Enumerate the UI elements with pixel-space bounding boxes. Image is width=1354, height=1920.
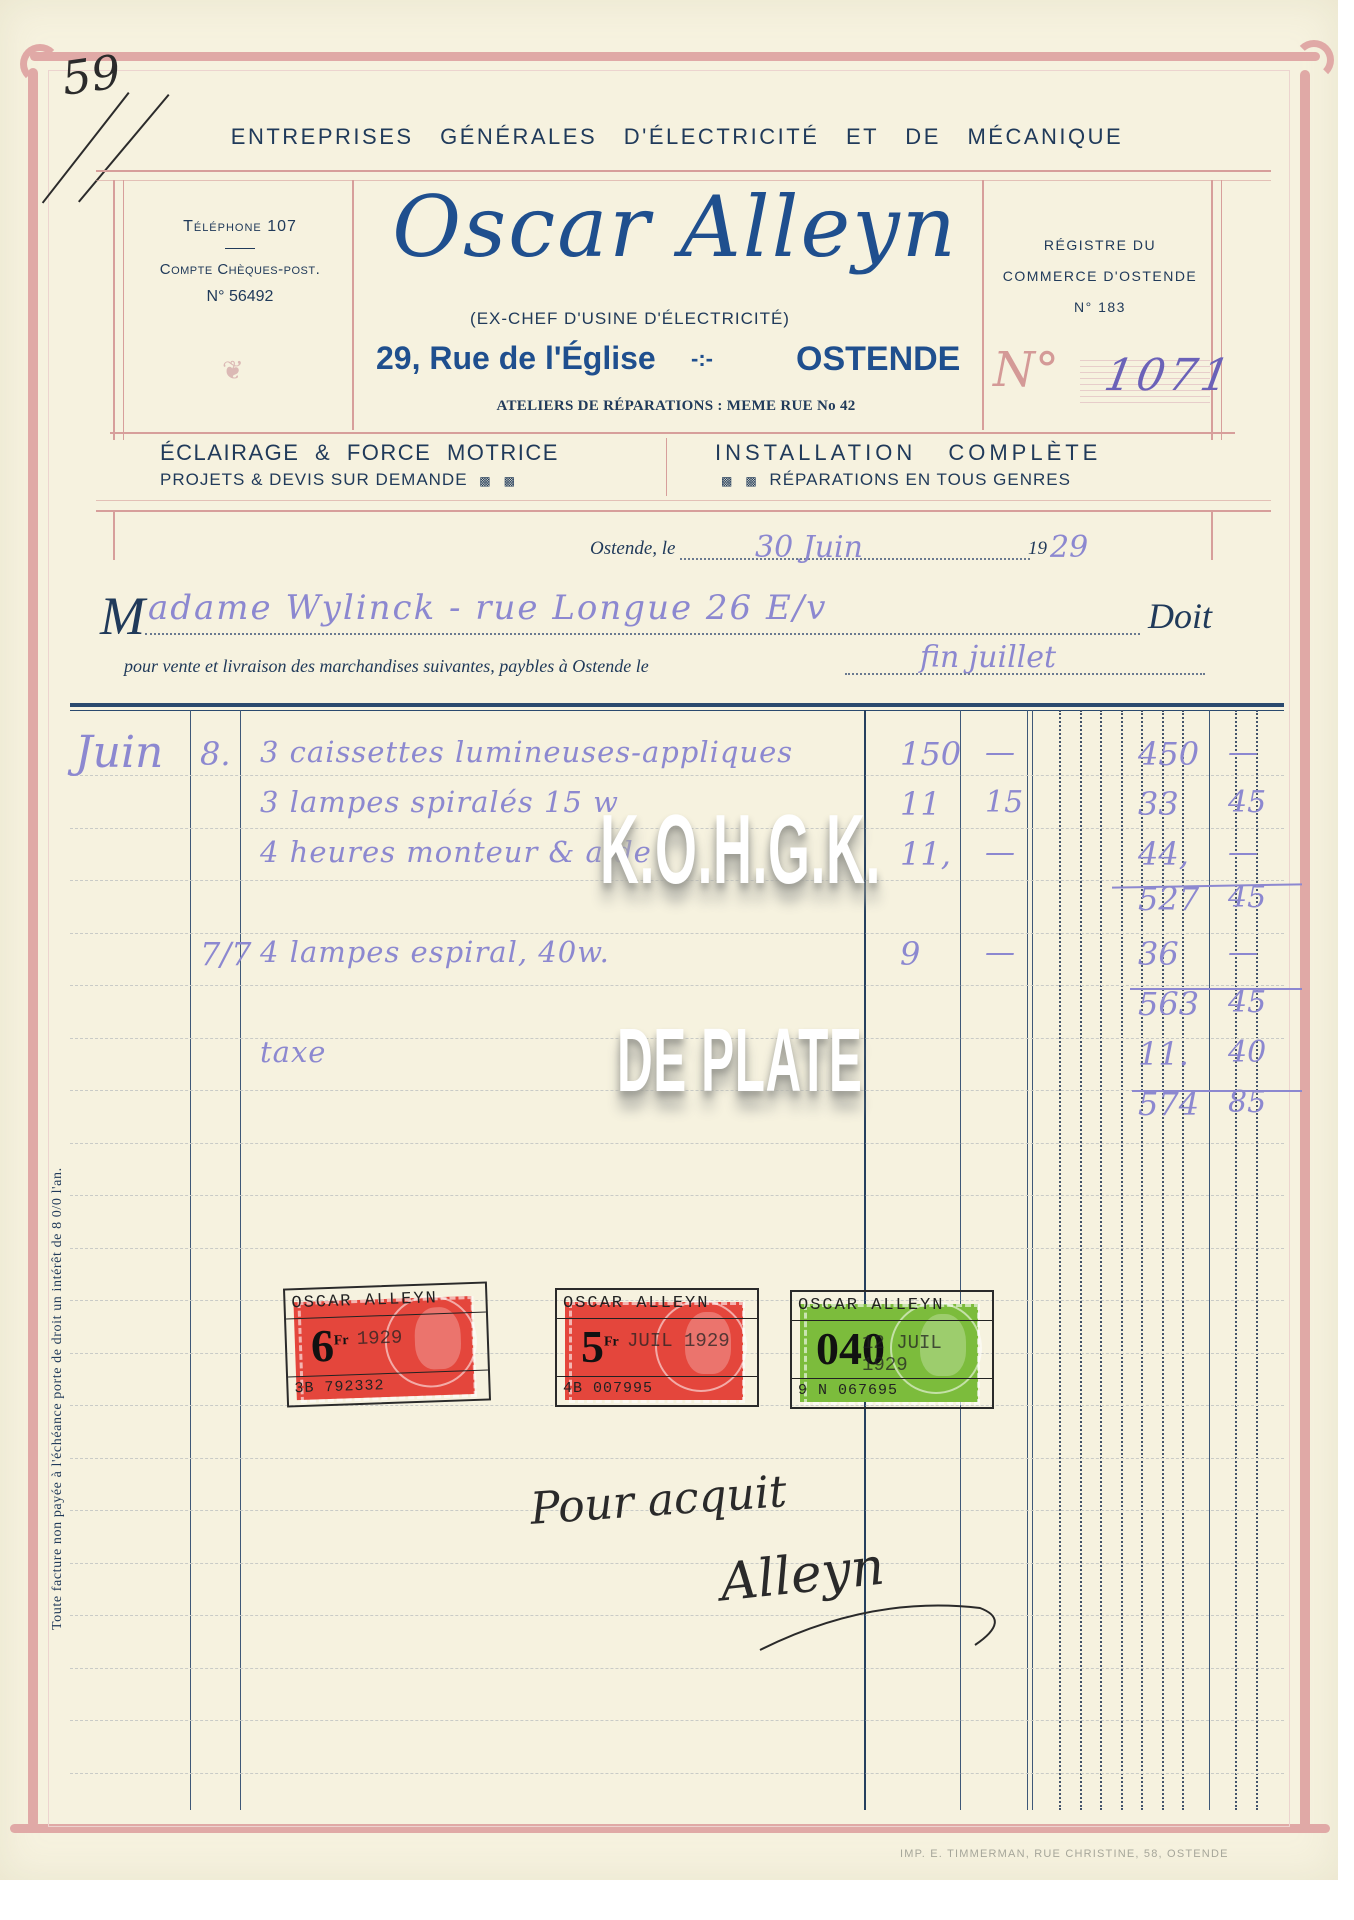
header-divider [1211,180,1213,440]
telephone: Téléphone 107 [110,218,370,236]
cancel-date: JUIL 1929 [627,1330,730,1352]
date-prefix: Ostende, le [590,538,675,560]
stamp-serial: 9 N 067695 [798,1382,898,1399]
king-head-icon [414,1306,462,1370]
ruling-line [70,1195,1284,1196]
item-total-fr: 33 [1138,785,1179,823]
item-total-c: — [1228,935,1258,970]
service-installation: INSTALLATION COMPLÈTE [715,440,1101,466]
registry-line-3: N° 183 [990,292,1210,323]
ornament-square-icon: ▩ [745,474,757,488]
printer-imprint: IMP. E. TIMMERMAN, RUE CHRISTINE, 58, OS… [900,1848,1229,1860]
item-unit-c: — [985,935,1015,970]
item-description: 4 lampes espiral, 40w. [260,935,610,969]
item-description: taxe [260,1035,326,1069]
handwritten-customer: adame Wylinck - rue Longue 26 E/v [148,588,827,628]
ornament-square-icon: ▩ [504,474,516,488]
item-day: 7/7 [200,935,252,973]
header-divider [1211,510,1213,560]
registry-box: RÉGISTRE DU COMMERCE D'OSTENDE N° 183 [990,230,1210,323]
column-rule-dots [1256,710,1258,1810]
stamp-value: 5Fr [581,1320,619,1373]
ruling-line [70,1248,1284,1249]
registry-line-1: RÉGISTRE DU [990,230,1210,261]
interest-notice: Toute facture non payée à l'échéance por… [50,980,66,1630]
signature-flourish-icon [750,1600,1010,1660]
item-unit-fr: 9 [900,935,920,973]
item-unit-fr: 11, [900,835,951,873]
watermark-kohgk: K.O.H.G.K. [600,793,881,906]
services-divider [666,438,667,496]
header-divider [982,180,984,430]
header-divider [113,510,115,560]
cancel-name: OSCAR ALLEYN [798,1296,944,1315]
item-total-fr: 36 [1138,935,1179,973]
column-rule-dots [1162,710,1164,1810]
stamp-value: 6Fr [310,1318,350,1372]
ruling-line [70,775,1284,776]
column-rule-dots [1100,710,1102,1810]
sum-underline [1130,988,1302,990]
item-total-c: 45 [1228,785,1266,820]
city: OSTENDE [796,340,960,379]
ruling-line [70,1720,1284,1721]
sum-underline [1132,1090,1302,1092]
invoice-number-value: 1071 [1101,350,1238,401]
customer-initial: M [100,585,145,647]
services-rule [96,500,1271,501]
column-rule-total [1032,710,1033,1810]
column-rule-description [240,710,241,1810]
item-unit-fr: 11 [900,785,941,823]
item-unit-fr: 150 [900,735,961,773]
item-unit-c: 15 [985,785,1023,820]
cancel-line [792,1378,992,1379]
service-repairs: ▩▩ RÉPARATIONS EN TOUS GENRES [715,470,1071,490]
workshops-line: ATELIERS DE RÉPARATIONS : MEME RUE No 42 [376,398,976,415]
registry-line-2: COMMERCE D'OSTENDE [990,261,1210,292]
header-divider [1221,180,1222,440]
account-label: Compte Chèques-post. [110,261,370,278]
border-right [1300,70,1310,1830]
column-rule-dots [1121,710,1123,1810]
ruling-line [70,1143,1284,1144]
payable-terms: pour vente et livraison des marchandises… [124,656,649,677]
handwritten-due: fin juillet [920,640,1056,675]
cancel-line [557,1376,757,1377]
column-rule-total [1027,710,1028,1810]
ornament-square-icon: ▩ [479,474,491,488]
service-projects: PROJETS & DEVIS SUR DEMANDE ▩▩ [160,470,522,490]
address-separator: -:- [691,346,713,372]
border-left [28,68,38,1828]
ruling-line [70,1668,1284,1669]
item-total-c: 45 [1228,985,1266,1020]
services-rule [96,510,1271,512]
ruling-line [70,1458,1284,1459]
service-projects-text: PROJETS & DEVIS SUR DEMANDE [160,470,468,489]
fiscal-stamp: 040OSCAR ALLEYN12 JUIL 19299 N 067695 [790,1290,994,1409]
item-day: 8. [200,735,231,773]
ruling-line [70,1563,1284,1564]
fiscal-stamp: 5FrOSCAR ALLEYNJUIL 19294B 007995 [555,1288,759,1407]
folio-mark: 59 [59,44,124,106]
table-top-rule [70,703,1284,707]
item-description: 3 lampes spiralés 15 w [260,785,619,819]
column-rule-dots [1080,710,1082,1810]
service-repairs-text: RÉPARATIONS EN TOUS GENRES [769,470,1071,489]
column-rule-dots [1141,710,1143,1810]
column-rule-cents [1209,710,1210,1810]
item-unit-c: — [985,735,1015,770]
stamp-serial: 4B 007995 [563,1380,653,1397]
column-rule-dots [1059,710,1061,1810]
cancel-date: 1929 [356,1326,402,1350]
service-lighting: ÉCLAIRAGE & FORCE MOTRICE [160,440,559,466]
company-tagline: ENTREPRISES GÉNÉRALES D'ÉLECTRICITÉ ET D… [0,124,1354,150]
item-description: 4 heures monteur & aide [260,835,652,869]
services-rule [110,432,1235,434]
cancel-line [792,1320,992,1321]
item-total-fr: 44, [1138,835,1189,873]
item-total-fr: 11. [1138,1035,1189,1073]
item-total-c: — [1228,835,1258,870]
customer-field-line [145,633,1140,635]
ornament-square-icon: ▩ [721,474,733,488]
column-rule-dots [1182,710,1184,1810]
item-total-c: — [1228,735,1258,770]
divider [225,248,255,249]
ruling-line [70,933,1284,934]
ruling-line [70,1773,1284,1774]
stamp-serial: 3B 792332 [294,1377,385,1397]
column-rule-date [190,710,191,1810]
doit-label: Doit [1148,595,1212,637]
border-top [30,52,1320,61]
corner-scroll-icon [1294,40,1334,80]
watermark-deplate: DE PLATE [617,1010,862,1113]
header-rule [96,170,1271,172]
year-prefix: 19 [1028,538,1047,560]
ruling-line [70,1615,1284,1616]
item-month: Juin [75,727,163,778]
company-subtitle: (EX-CHEF D'USINE D'ÉLECTRICITÉ) [430,309,830,329]
handwritten-year: 29 [1050,530,1088,565]
street: 29, Rue de l'Église [376,340,656,377]
fiscal-stamp: 6FrOSCAR ALLEYN19293B 792332 [283,1281,491,1407]
item-total-fr: 563 [1138,985,1199,1023]
cancel-date: 12 JUIL 1929 [862,1332,992,1376]
column-rule-dots [1235,710,1237,1810]
company-name: Oscar Alleyn [375,178,975,276]
cancel-line [557,1318,757,1319]
handwritten-date: 30 Juin [755,530,863,565]
flourish-ornament-icon: ❦ [222,355,244,386]
contact-box: Téléphone 107 Compte Chèques-post. N° 56… [110,218,370,306]
item-unit-c: — [985,835,1015,870]
item-total-c: 40 [1228,1035,1266,1070]
invoice-number-label: N° [993,342,1059,398]
invoice-sheet: 59 ENTREPRISES GÉNÉRALES D'ÉLECTRICITÉ E… [0,0,1338,1880]
account-number: N° 56492 [110,288,370,306]
ruling-line [70,985,1284,986]
cancel-name: OSCAR ALLEYN [563,1294,709,1313]
item-total-fr: 450 [1138,735,1199,773]
item-description: 3 caissettes lumineuses-appliques [260,735,793,769]
